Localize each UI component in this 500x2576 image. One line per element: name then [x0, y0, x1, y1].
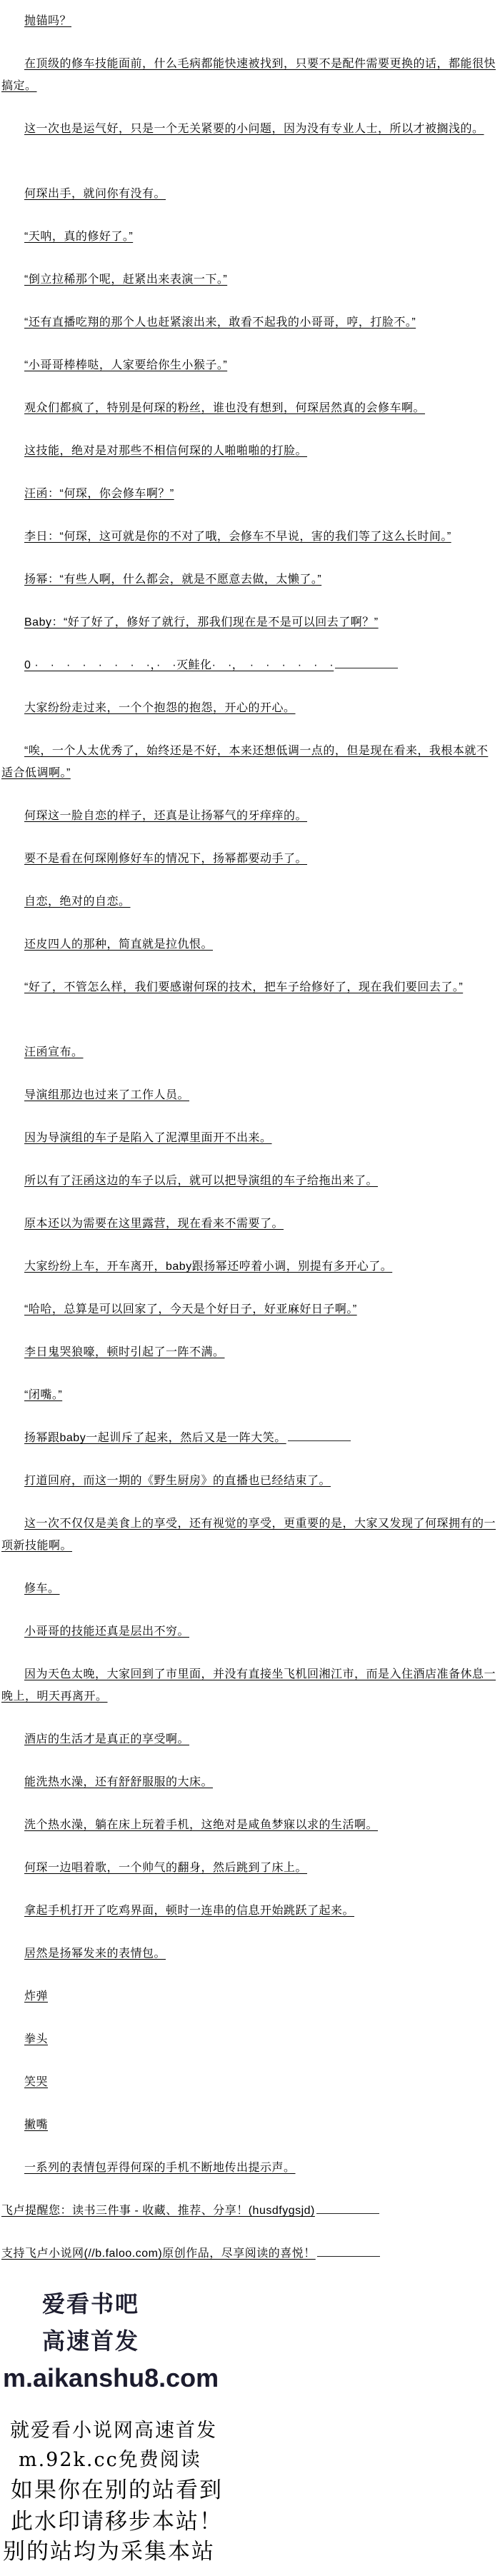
novel-reader-page: 抛锚吗？在顶级的修车技能面前，什么毛病都能快速被找到，只要不是配件需要更换的话，…	[0, 0, 500, 2576]
paragraph-text: 因为导演组的车子是陷入了泥潭里面开不出来。	[24, 1132, 272, 1144]
paragraph-text: 这一次也是运气好，只是一个无关紧要的小问题，因为没有专业人士，所以才被搁浅的。	[24, 123, 484, 135]
paragraph-text: “倒立拉稀那个呢，赶紧出来表演一下。”	[24, 274, 227, 286]
paragraph-text: 居然是扬幂发来的表情包。	[24, 1948, 166, 1960]
watermark-line: 别的站均为采集本站	[3, 2537, 499, 2566]
paragraph-text: 观众们都疯了，特别是何琛的粉丝，谁也没有想到，何琛居然真的会修车啊。	[24, 402, 425, 414]
paragraph-text: 0 · · · · · · · ·，· ·灭鲑化· ·， · · · · · ·	[24, 659, 334, 671]
novel-paragraph: 因为天色太晚，大家回到了市里面，并没有直接坐飞机回湘江市，而是入住酒店准备休息一…	[1, 1663, 499, 1708]
trailing-underline	[317, 2253, 380, 2257]
paragraph-text: 在顶级的修车技能面前，什么毛病都能快速被找到，只要不是配件需要更换的话，都能很快…	[1, 58, 496, 92]
novel-paragraph: 笑哭	[1, 2071, 499, 2093]
paragraph-text: 扬幂跟baby一起训斥了起来，然后又是一阵大笑。	[24, 1432, 286, 1444]
novel-paragraph: 观众们都疯了，特别是何琛的粉丝，谁也没有想到，何琛居然真的会修车啊。	[1, 397, 499, 419]
novel-paragraph: 居然是扬幂发来的表情包。	[1, 1943, 499, 1965]
novel-paragraph: 这一次也是运气好，只是一个无关紧要的小问题，因为没有专业人士，所以才被搁浅的。	[1, 118, 499, 140]
paragraph-text: 撇嘴	[24, 2119, 48, 2131]
watermark-line: 此水印请移步本站！	[11, 2506, 499, 2537]
watermark-line: 就爱看小说网高速首发	[10, 2415, 499, 2446]
novel-paragraph: 小哥哥的技能还真是层出不穷。	[1, 1620, 499, 1643]
novel-paragraph: “倒立拉稀那个呢，赶紧出来表演一下。”	[1, 269, 499, 291]
paragraph-text: 笑哭	[24, 2076, 48, 2088]
novel-paragraph: 汪函：“何琛，你会修车啊？”	[1, 483, 499, 505]
paragraph-text: 李日鬼哭狼嚎，顿时引起了一阵不满。	[24, 1346, 225, 1358]
watermark-line: m.92k.cc免费阅读	[19, 2446, 499, 2475]
novel-paragraph: 李日鬼哭狼嚎，顿时引起了一阵不满。	[1, 1341, 499, 1363]
novel-paragraph: 何琛一边唱着歌，一个帅气的翻身，然后跳到了床上。	[1, 1857, 499, 1879]
novel-paragraph: 何琛这一脸自恋的样子，还真是让扬幂气的牙痒痒的。	[1, 805, 499, 827]
paragraph-text: 导演组那边也过来了工作人员。	[24, 1089, 189, 1101]
paragraph-text: 汪函：“何琛，你会修车啊？”	[24, 488, 174, 500]
watermark-line: 如果你在别的站看到	[11, 2475, 499, 2506]
chapter-text: 抛锚吗？在顶级的修车技能面前，什么毛病都能快速被找到，只要不是配件需要更换的话，…	[1, 10, 499, 2265]
paragraph-text: 还皮四人的那种，简直就是拉仇恨。	[24, 938, 213, 951]
brand-site-name: 爱看书吧	[42, 2285, 499, 2322]
paragraph-text: “好了，不管怎么样，我们要感谢何琛的技术，把车子给修好了，现在我们要回去了。”	[24, 981, 463, 993]
site-branding: 爱看书吧 高速首发 m.aikanshu8.com	[1, 2285, 499, 2397]
paragraph-text: “天呐，真的修好了。”	[24, 231, 133, 243]
paragraph-text: 原本还以为需要在这里露营，现在看来不需要了。	[24, 1218, 284, 1230]
novel-paragraph: 所以有了汪函这边的车子以后，就可以把导演组的车子给拖出来了。	[1, 1170, 499, 1192]
novel-paragraph: 支持飞卢小说网(//b.faloo.com)原创作品，尽享阅读的喜悦！	[1, 2242, 499, 2265]
novel-paragraph: “小哥哥棒棒哒，人家要给你生小猴子。”	[1, 354, 499, 376]
paragraph-text: “小哥哥棒棒哒，人家要给你生小猴子。”	[24, 359, 227, 371]
paragraph-text: 抛锚吗？	[24, 15, 71, 27]
paragraph-text: “闭嘴。”	[24, 1389, 62, 1401]
novel-paragraph: 飞卢提醒您：读书三件事 - 收藏、推荐、分享！(husdfygsjd)	[1, 2200, 499, 2222]
paragraph-text: 所以有了汪函这边的车子以后，就可以把导演组的车子给拖出来了。	[24, 1175, 378, 1187]
novel-paragraph: 扬幂：“有些人啊，什么都会，就是不愿意去做，太懒了。”	[1, 568, 499, 591]
novel-paragraph: 撇嘴	[1, 2114, 499, 2136]
novel-paragraph: 拿起手机打开了吃鸡界面，顿时一连串的信息开始跳跃了起来。	[1, 1900, 499, 1922]
paragraph-text: 汪函宣布。	[24, 1046, 84, 1058]
paragraph-text: 打道回府，而这一期的《野生厨房》的直播也已经结束了。	[24, 1475, 331, 1487]
novel-paragraph: 原本还以为需要在这里露营，现在看来不需要了。	[1, 1213, 499, 1235]
paragraph-text: 洗个热水澡，躺在床上玩着手机，这绝对是咸鱼梦寐以求的生活啊。	[24, 1819, 378, 1831]
novel-paragraph: 扬幂跟baby一起训斥了起来，然后又是一阵大笑。	[1, 1427, 499, 1449]
novel-paragraph: “还有直播吃翔的那个人也赶紧滚出来，敢看不起我的小哥哥，哼，打脸不。”	[1, 311, 499, 334]
novel-paragraph: “唉，一个人太优秀了，始终还是不好，本来还想低调一点的，但是现在看来，我根本就不…	[1, 740, 499, 784]
novel-paragraph: 导演组那边也过来了工作人员。	[1, 1084, 499, 1106]
anti-piracy-watermark: 就爱看小说网高速首发 m.92k.cc免费阅读 如果你在别的站看到 此水印请移步…	[1, 2415, 499, 2566]
paragraph-text: 拳头	[24, 2033, 48, 2045]
novel-paragraph: 0 · · · · · · · ·，· ·灭鲑化· ·， · · · · · ·	[1, 654, 499, 676]
novel-paragraph: “天呐，真的修好了。”	[1, 226, 499, 248]
novel-paragraph: “好了，不管怎么样，我们要感谢何琛的技术，把车子给修好了，现在我们要回去了。”	[1, 976, 499, 998]
novel-paragraph: 这一次不仅仅是美食上的享受，还有视觉的享受，更重要的是，大家又发现了何琛拥有的一…	[1, 1513, 499, 1557]
novel-paragraph: “闭嘴。”	[1, 1384, 499, 1406]
novel-paragraph: 抛锚吗？	[1, 10, 499, 32]
novel-paragraph: 还皮四人的那种，简直就是拉仇恨。	[1, 933, 499, 956]
paragraph-text: 因为天色太晚，大家回到了市里面，并没有直接坐飞机回湘江市，而是入住酒店准备休息一…	[1, 1668, 496, 1703]
novel-paragraph: 修车。	[1, 1578, 499, 1600]
novel-paragraph: 因为导演组的车子是陷入了泥潭里面开不出来。	[1, 1127, 499, 1149]
novel-paragraph: 李日：“何琛，这可就是你的不对了哦，会修车不早说，害的我们等了这么长时间。”	[1, 526, 499, 548]
novel-paragraph: 打道回府，而这一期的《野生厨房》的直播也已经结束了。	[1, 1470, 499, 1492]
novel-paragraph: 炸弹	[1, 1985, 499, 2008]
paragraph-text: 何琛出手，就问你有没有。	[24, 188, 166, 200]
paragraph-text: 这一次不仅仅是美食上的享受，还有视觉的享受，更重要的是，大家又发现了何琛拥有的一…	[1, 1518, 496, 1552]
novel-paragraph: 能洗热水澡，还有舒舒服服的大床。	[1, 1771, 499, 1793]
paragraph-text: 何琛这一脸自恋的样子，还真是让扬幂气的牙痒痒的。	[24, 810, 307, 822]
trailing-underline	[335, 665, 398, 668]
trailing-underline	[288, 1438, 351, 1441]
paragraph-text: 能洗热水澡，还有舒舒服服的大床。	[24, 1776, 213, 1788]
novel-paragraph: 一系列的表情包弄得何琛的手机不断地传出提示声。	[1, 2157, 499, 2179]
novel-paragraph: 拳头	[1, 2028, 499, 2050]
paragraph-text: 飞卢提醒您：读书三件事 - 收藏、推荐、分享！(husdfygsjd)	[1, 2205, 315, 2217]
paragraph-text: “哈哈，总算是可以回家了，今天是个好日子，好亚麻好日子啊。”	[24, 1303, 357, 1315]
paragraph-text: “唉，一个人太优秀了，始终还是不好，本来还想低调一点的，但是现在看来，我根本就不…	[1, 745, 488, 779]
trailing-underline	[316, 2210, 379, 2214]
brand-tagline: 高速首发	[42, 2322, 499, 2360]
novel-paragraph: Baby：“好了好了，修好了就行，那我们现在是不是可以回去了啊？”	[1, 611, 499, 633]
paragraph-text: 炸弹	[24, 1990, 48, 2003]
paragraph-text: 大家纷纷上车，开车离开，baby跟扬幂还哼着小调，别提有多开心了。	[24, 1261, 392, 1273]
paragraph-text: 支持飞卢小说网(//b.faloo.com)原创作品，尽享阅读的喜悦！	[1, 2247, 316, 2260]
brand-site-url: m.aikanshu8.com	[3, 2360, 499, 2397]
novel-paragraph: 自恋，绝对的自恋。	[1, 891, 499, 913]
paragraph-text: 李日：“何琛，这可就是你的不对了哦，会修车不早说，害的我们等了这么长时间。”	[24, 531, 451, 543]
novel-paragraph: 酒店的生活才是真正的享受啊。	[1, 1728, 499, 1750]
paragraph-text: 大家纷纷走过来，一个个抱怨的抱怨，开心的开心。	[24, 702, 296, 714]
novel-paragraph: “哈哈，总算是可以回家了，今天是个好日子，好亚麻好日子啊。”	[1, 1298, 499, 1320]
paragraph-text: Baby：“好了好了，修好了就行，那我们现在是不是可以回去了啊？”	[24, 616, 379, 628]
novel-paragraph: 在顶级的修车技能面前，什么毛病都能快速被找到，只要不是配件需要更换的话，都能很快…	[1, 53, 499, 97]
paragraph-text: 小哥哥的技能还真是层出不穷。	[24, 1625, 189, 1638]
novel-paragraph: 洗个热水澡，躺在床上玩着手机，这绝对是咸鱼梦寐以求的生活啊。	[1, 1814, 499, 1836]
paragraph-text: “还有直播吃翔的那个人也赶紧滚出来，敢看不起我的小哥哥，哼，打脸不。”	[24, 316, 416, 329]
novel-paragraph: 大家纷纷上车，开车离开，baby跟扬幂还哼着小调，别提有多开心了。	[1, 1256, 499, 1278]
paragraph-text: 要不是看在何琛刚修好车的情况下，扬幂都要动手了。	[24, 853, 307, 865]
novel-paragraph: 汪函宣布。	[1, 1019, 499, 1063]
paragraph-text: 扬幂：“有些人啊，什么都会，就是不愿意去做，太懒了。”	[24, 573, 321, 586]
novel-paragraph: 这技能，绝对是对那些不相信何琛的人啪啪啪的打脸。	[1, 440, 499, 462]
paragraph-text: 酒店的生活才是真正的享受啊。	[24, 1733, 189, 1745]
paragraph-text: 自恋，绝对的自恋。	[24, 896, 131, 908]
paragraph-text: 这技能，绝对是对那些不相信何琛的人啪啪啪的打脸。	[24, 445, 307, 457]
paragraph-text: 拿起手机打开了吃鸡界面，顿时一连串的信息开始跳跃了起来。	[24, 1905, 354, 1917]
novel-paragraph: 何琛出手，就问你有没有。	[1, 161, 499, 205]
paragraph-text: 何琛一边唱着歌，一个帅气的翻身，然后跳到了床上。	[24, 1862, 307, 1874]
novel-paragraph: 要不是看在何琛刚修好车的情况下，扬幂都要动手了。	[1, 848, 499, 870]
novel-paragraph: 大家纷纷走过来，一个个抱怨的抱怨，开心的开心。	[1, 697, 499, 719]
paragraph-text: 一系列的表情包弄得何琛的手机不断地传出提示声。	[24, 2162, 296, 2174]
paragraph-text: 修车。	[24, 1583, 60, 1595]
